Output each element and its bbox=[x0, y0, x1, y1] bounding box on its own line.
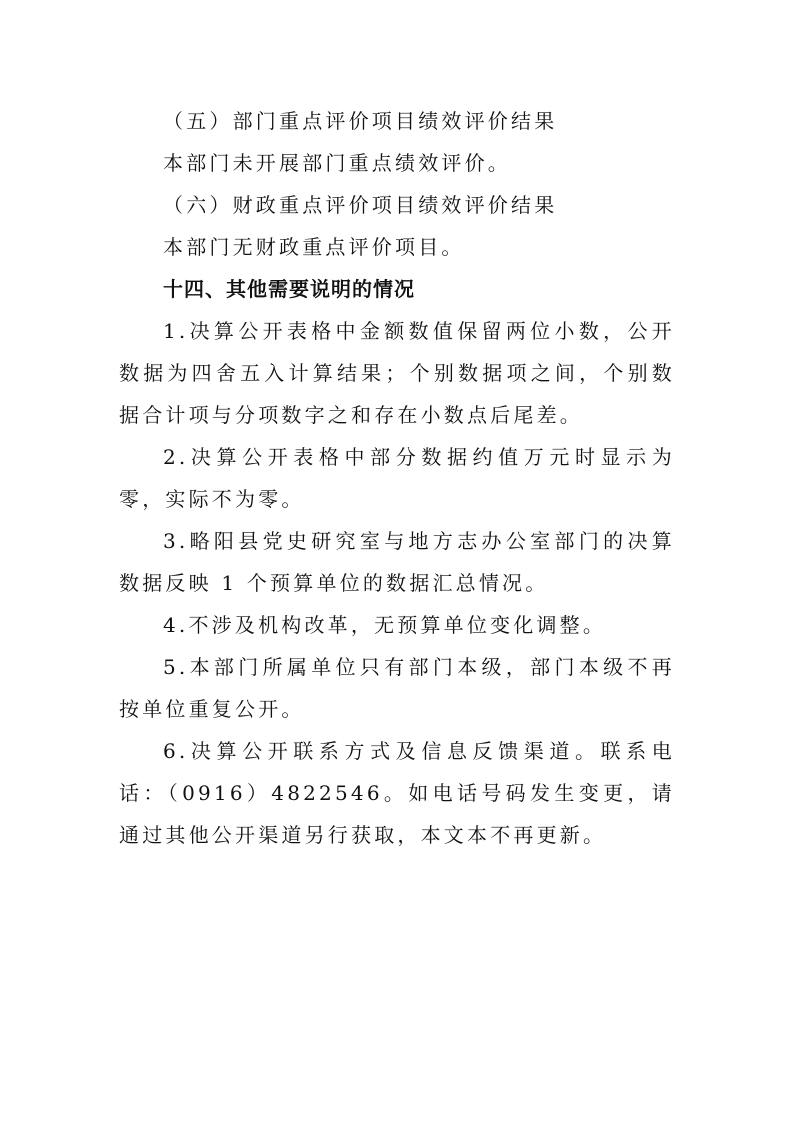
chapter-14-title: 十四、其他需要说明的情况 bbox=[119, 268, 675, 310]
subsection-5-title: （五）部门重点评价项目绩效评价结果 bbox=[119, 100, 675, 142]
note-item-6: 6.决算公开联系方式及信息反馈渠道。联系电话：（0916）4822546。如电话… bbox=[119, 730, 675, 856]
subsection-5-body: 本部门未开展部门重点绩效评价。 bbox=[119, 142, 675, 184]
note-item-1: 1.决算公开表格中金额数值保留两位小数，公开数据为四舍五入计算结果；个别数据项之… bbox=[119, 310, 675, 436]
subsection-6-title: （六）财政重点评价项目绩效评价结果 bbox=[119, 184, 675, 226]
note-item-5: 5.本部门所属单位只有部门本级，部门本级不再按单位重复公开。 bbox=[119, 646, 675, 730]
document-page: （五）部门重点评价项目绩效评价结果 本部门未开展部门重点绩效评价。 （六）财政重… bbox=[119, 100, 675, 856]
subsection-6-body: 本部门无财政重点评价项目。 bbox=[119, 226, 675, 268]
note-item-2: 2.决算公开表格中部分数据约值万元时显示为零，实际不为零。 bbox=[119, 436, 675, 520]
note-item-4: 4.不涉及机构改革，无预算单位变化调整。 bbox=[119, 604, 675, 646]
note-item-3: 3.略阳县党史研究室与地方志办公室部门的决算数据反映 1 个预算单位的数据汇总情… bbox=[119, 520, 675, 604]
